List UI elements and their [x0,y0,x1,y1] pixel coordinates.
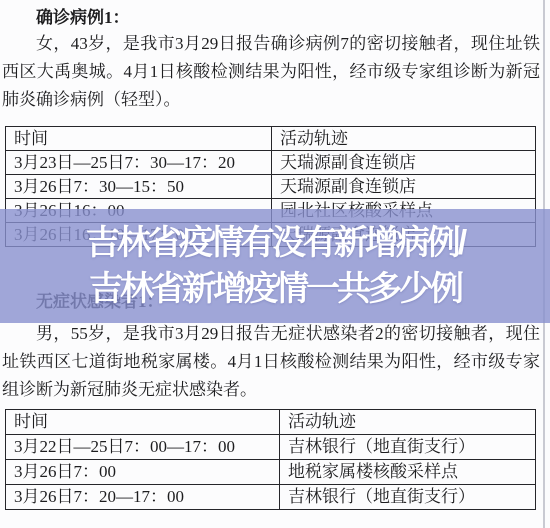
time-column-header: 时间 [6,410,280,435]
time-cell: 3月26日7：00 [6,460,280,485]
table-row: 3月22日—25日7：00—17：00 吉林银行（地直街支行） [6,435,536,460]
time-cell: 3月26日7：30—15：50 [6,175,272,199]
table-row: 3月23日—25日7：30—17：20 天瑞源副食连锁店 [6,151,536,175]
watermark-line2: 吉林省新增疫情一共多少例 [0,266,550,312]
case1-heading: 确诊病例1： [2,7,542,28]
table-row: 3月26日7：20—17：00 吉林银行（地直街支行） [6,485,536,510]
watermark-overlay: 吉林省疫情有没有新增病例/ 吉林省新增疫情一共多少例 [0,209,550,323]
track-cell: 吉林银行（地直街支行） [280,435,536,460]
table-header-row: 时间 活动轨迹 [6,410,536,435]
time-cell: 3月23日—25日7：30—17：20 [6,151,272,175]
case2-activity-table: 时间 活动轨迹 3月22日—25日7：00—17：00 吉林银行（地直街支行） … [5,409,536,510]
case1-paragraph: 女，43岁，是我市3月29日报告确诊病例7的密切接触者，现住址铁西区大禹奥城。4… [2,30,540,114]
table-row: 3月26日7：00 地税家属楼核酸采样点 [6,460,536,485]
track-column-header: 活动轨迹 [272,127,536,151]
table-header-row: 时间 活动轨迹 [6,127,536,151]
track-cell: 吉林银行（地直街支行） [280,485,536,510]
time-cell: 3月26日7：20—17：00 [6,485,280,510]
time-column-header: 时间 [6,127,272,151]
track-cell: 天瑞源副食连锁店 [272,151,536,175]
track-column-header: 活动轨迹 [280,410,536,435]
track-cell: 天瑞源副食连锁店 [272,175,536,199]
document-page: 确诊病例1： 女，43岁，是我市3月29日报告确诊病例7的密切接触者，现住址铁西… [0,0,550,528]
case2-paragraph: 男，55岁，是我市3月29日报告无症状感染者2的密切接触者，现住址铁西区七道街地… [2,320,540,404]
watermark-line1: 吉林省疫情有没有新增病例/ [0,220,550,266]
track-cell: 地税家属楼核酸采样点 [280,460,536,485]
time-cell: 3月22日—25日7：00—17：00 [6,435,280,460]
table-row: 3月26日7：30—15：50 天瑞源副食连锁店 [6,175,536,199]
